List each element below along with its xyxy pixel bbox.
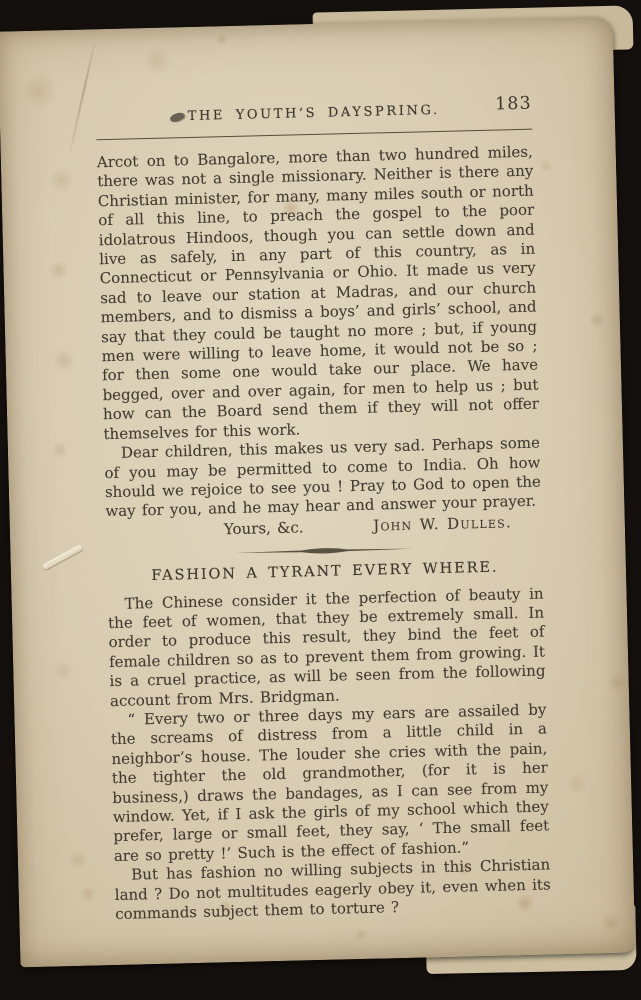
binding-thread xyxy=(42,544,84,570)
article-fashion: FASHION A TYRANT EVERY WHERE. The Chines… xyxy=(107,558,552,925)
header-rule xyxy=(96,129,532,141)
page-content: THE YOUTH’S DAYSPRING. 183 Arcot on to B… xyxy=(96,97,552,925)
scan-background: { "header": { "title": "THE YOUTH’S DAYS… xyxy=(0,0,641,1000)
article-letter: Arcot on to Bangalore, more than two hun… xyxy=(97,143,542,543)
publication-title: THE YOUTH’S DAYSPRING. xyxy=(188,103,440,124)
printers-ornament-icon xyxy=(169,111,186,123)
letter-closing: Yours, &c. xyxy=(224,518,304,539)
book-page: THE YOUTH’S DAYSPRING. 183 Arcot on to B… xyxy=(0,17,635,968)
fashion-paragraph: But has fashion no willing subjects in t… xyxy=(114,856,551,925)
fashion-paragraph: “ Every two or three days my ears are as… xyxy=(110,700,550,866)
page-number: 183 xyxy=(495,94,532,115)
letter-paragraph: Arcot on to Bangalore, more than two hun… xyxy=(97,143,540,445)
letter-paragraph: Dear children, this makes us very sad. P… xyxy=(104,434,542,522)
running-header: THE YOUTH’S DAYSPRING. 183 xyxy=(96,97,532,130)
section-divider-rule xyxy=(235,544,413,558)
article-heading: FASHION A TYRANT EVERY WHERE. xyxy=(107,558,543,588)
letter-signature: John W. Dulles. xyxy=(373,513,512,536)
page-crease xyxy=(69,43,95,153)
fashion-paragraph: The Chinese consider it the perfection o… xyxy=(107,584,546,711)
